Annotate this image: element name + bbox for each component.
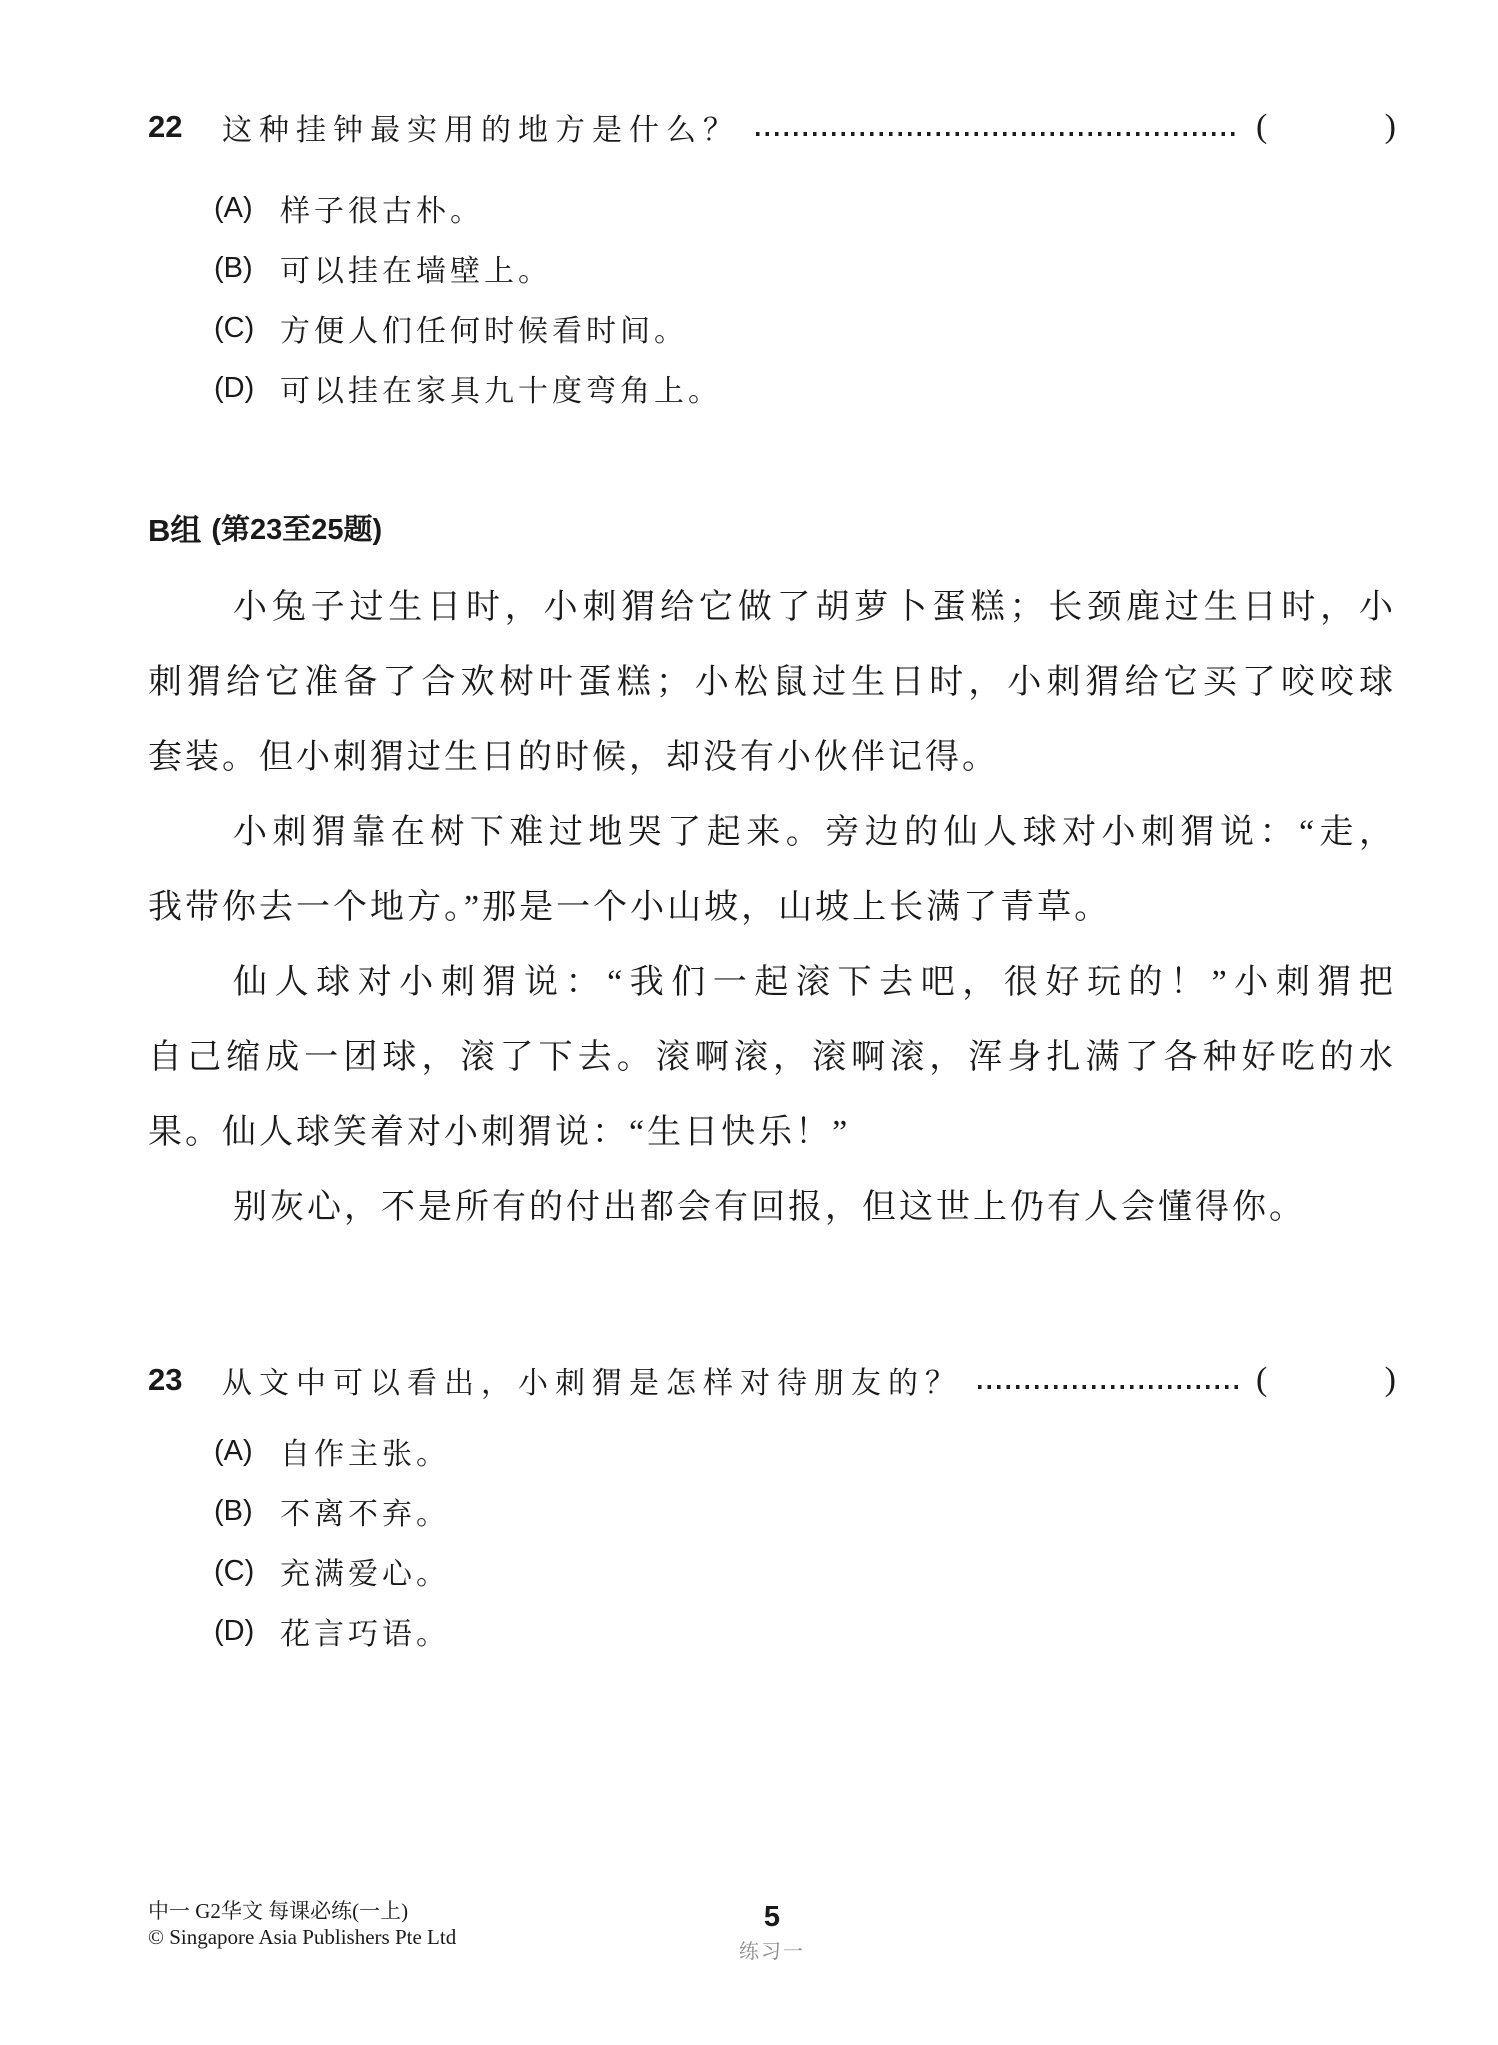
- dotted-leader: [756, 132, 1240, 136]
- passage-line: 小刺猬靠在树下难过地哭了起来。旁边的仙人球对小刺猬说：“走，: [148, 795, 1396, 870]
- question-23-row: 23 从文中可以看出，小刺猬是怎样对待朋友的？ ( ): [148, 1355, 1396, 1405]
- bracket-open: (: [1256, 1361, 1267, 1399]
- option-text: 不离不弃。: [280, 1489, 450, 1533]
- passage-line: 我带你去一个地方。”那是一个小山坡，山坡上长满了青草。: [148, 870, 1396, 945]
- option-text: 充满爱心。: [280, 1549, 450, 1593]
- passage-line: 小兔子过生日时，小刺猬给它做了胡萝卜蛋糕；长颈鹿过生日时，小: [148, 570, 1396, 645]
- question-23: 23 从文中可以看出，小刺猬是怎样对待朋友的？ ( ) (A) 自作主张。 (B…: [148, 1355, 1396, 1661]
- option-label: (D): [214, 372, 266, 405]
- question-22-row: 22 这种挂钟最实用的地方是什么？ ( ): [148, 102, 1396, 152]
- option-label: (A): [214, 192, 266, 225]
- option-row-a: (A) 自作主张。: [214, 1421, 1396, 1481]
- passage-line: 刺猬给它准备了合欢树叶蛋糕；小松鼠过生日时，小刺猬给它买了咬咬球: [148, 645, 1396, 720]
- answer-bracket-23: ( ): [1256, 1361, 1396, 1399]
- question-23-text: 从文中可以看出，小刺猬是怎样对待朋友的？: [222, 1358, 962, 1402]
- passage-line: 套装。但小刺猬过生日的时候，却没有小伙伴记得。: [148, 720, 1396, 795]
- option-label: (C): [214, 312, 266, 345]
- question-22-number: 22: [148, 109, 222, 145]
- page-number: 5: [148, 1902, 1396, 1932]
- option-row-d: (D) 可以挂在家具九十度弯角上。: [214, 358, 1396, 418]
- question-22-options: (A) 样子很古朴。 (B) 可以挂在墙壁上。 (C) 方便人们任何时候看时间。…: [148, 178, 1396, 418]
- option-text: 花言巧语。: [280, 1609, 450, 1653]
- section-b-header: B组 (第23至25题): [148, 506, 1396, 548]
- option-text: 可以挂在墙壁上。: [280, 246, 552, 290]
- option-row-b: (B) 可以挂在墙壁上。: [214, 238, 1396, 298]
- answer-bracket-22: ( ): [1256, 108, 1396, 146]
- option-text: 样子很古朴。: [280, 186, 484, 230]
- option-row-c: (C) 方便人们任何时候看时间。: [214, 298, 1396, 358]
- passage-line: 果。仙人球笑着对小刺猬说：“生日快乐！”: [148, 1095, 1396, 1170]
- exercise-label: 练习一: [148, 1935, 1396, 1964]
- passage-line: 自己缩成一团球，滚了下去。滚啊滚，滚啊滚，浑身扎满了各种好吃的水: [148, 1020, 1396, 1095]
- question-23-options: (A) 自作主张。 (B) 不离不弃。 (C) 充满爱心。 (D) 花言巧语。: [148, 1421, 1396, 1661]
- bracket-close: ): [1385, 108, 1396, 146]
- bracket-open: (: [1256, 108, 1267, 146]
- option-label: (B): [214, 252, 266, 285]
- option-label: (D): [214, 1615, 266, 1648]
- question-22: 22 这种挂钟最实用的地方是什么？ ( ) (A) 样子很古朴。 (B) 可以挂…: [148, 102, 1396, 418]
- option-row-b: (B) 不离不弃。: [214, 1481, 1396, 1541]
- passage-line: 别灰心，不是所有的付出都会有回报，但这世上仍有人会懂得你。: [148, 1170, 1396, 1245]
- option-label: (A): [214, 1435, 266, 1468]
- question-23-number: 23: [148, 1362, 222, 1398]
- footer-page-block: 5 练习一: [148, 1902, 1396, 1964]
- option-text: 可以挂在家具九十度弯角上。: [280, 366, 722, 410]
- option-row-d: (D) 花言巧语。: [214, 1601, 1396, 1661]
- dotted-leader: [978, 1385, 1240, 1389]
- option-text: 方便人们任何时候看时间。: [280, 306, 688, 350]
- option-text: 自作主张。: [280, 1429, 450, 1473]
- reading-passage: 小兔子过生日时，小刺猬给它做了胡萝卜蛋糕；长颈鹿过生日时，小 刺猬给它准备了合欢…: [148, 570, 1396, 1245]
- option-row-a: (A) 样子很古朴。: [214, 178, 1396, 238]
- bracket-close: ): [1385, 1361, 1396, 1399]
- option-label: (C): [214, 1555, 266, 1588]
- section-b-range: (第23至25题): [211, 507, 382, 548]
- passage-line: 仙人球对小刺猬说：“我们一起滚下去吧，很好玩的！”小刺猬把: [148, 945, 1396, 1020]
- option-label: (B): [214, 1495, 266, 1528]
- section-b-title: B组: [148, 505, 201, 550]
- exam-page: 22 这种挂钟最实用的地方是什么？ ( ) (A) 样子很古朴。 (B) 可以挂…: [0, 0, 1498, 2045]
- option-row-c: (C) 充满爱心。: [214, 1541, 1396, 1601]
- question-22-text: 这种挂钟最实用的地方是什么？: [222, 105, 740, 149]
